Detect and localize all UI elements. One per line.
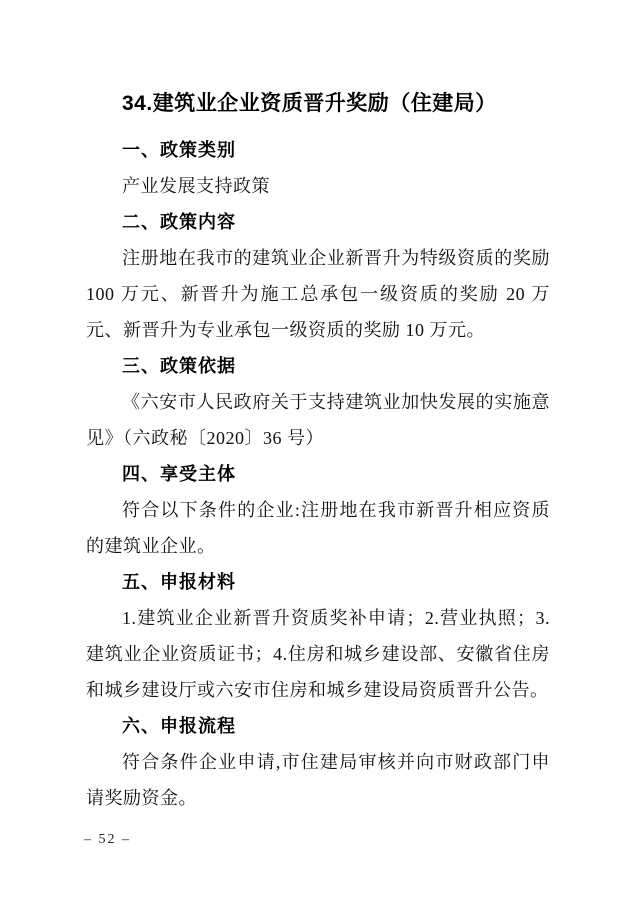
paragraph: 产业发展支持政策 xyxy=(86,168,550,204)
section-application-materials: 五、申报材料 1.建筑业企业新晋升资质奖补申请；2.营业执照；3.建筑业企业资质… xyxy=(86,564,550,708)
paragraph: 1.建筑业企业新晋升资质奖补申请；2.营业执照；3.建筑业企业资质证书；4.住房… xyxy=(86,600,550,708)
section-heading: 五、申报材料 xyxy=(86,564,550,600)
section-policy-category: 一、政策类别 产业发展支持政策 xyxy=(86,132,550,204)
section-heading: 二、政策内容 xyxy=(86,204,550,240)
section-policy-content: 二、政策内容 注册地在我市的建筑业企业新晋升为特级资质的奖励 100 万元、新晋… xyxy=(86,204,550,348)
paragraph: 《六安市人民政府关于支持建筑业加快发展的实施意见》（六政秘〔2020〕36 号） xyxy=(86,384,550,456)
section-beneficiaries: 四、享受主体 符合以下条件的企业:注册地在我市新晋升相应资质的建筑业企业。 xyxy=(86,456,550,564)
section-policy-basis: 三、政策依据 《六安市人民政府关于支持建筑业加快发展的实施意见》（六政秘〔202… xyxy=(86,348,550,456)
section-heading: 一、政策类别 xyxy=(86,132,550,168)
paragraph: 注册地在我市的建筑业企业新晋升为特级资质的奖励 100 万元、新晋升为施工总承包… xyxy=(86,240,550,348)
document-content: 34.建筑业企业资质晋升奖励（住建局） 一、政策类别 产业发展支持政策 二、政策… xyxy=(86,86,550,816)
document-page: 34.建筑业企业资质晋升奖励（住建局） 一、政策类别 产业发展支持政策 二、政策… xyxy=(0,0,642,907)
section-application-process: 六、申报流程 符合条件企业申请,市住建局审核并向市财政部门申请奖励资金。 xyxy=(86,708,550,816)
section-heading: 六、申报流程 xyxy=(86,708,550,744)
paragraph: 符合条件企业申请,市住建局审核并向市财政部门申请奖励资金。 xyxy=(86,744,550,816)
paragraph: 符合以下条件的企业:注册地在我市新晋升相应资质的建筑业企业。 xyxy=(86,492,550,564)
document-title: 34.建筑业企业资质晋升奖励（住建局） xyxy=(86,86,550,122)
section-heading: 三、政策依据 xyxy=(86,348,550,384)
page-number: – 52 – xyxy=(84,830,131,850)
section-heading: 四、享受主体 xyxy=(86,456,550,492)
